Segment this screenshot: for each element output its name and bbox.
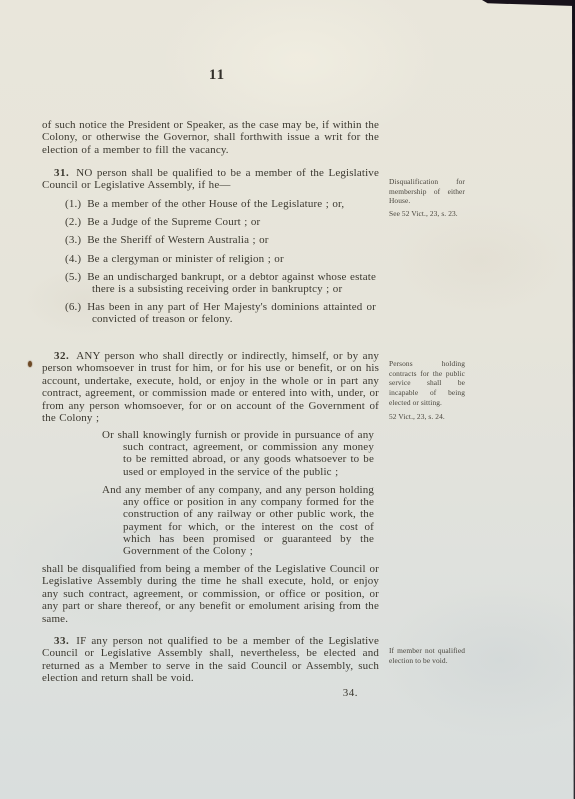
list-item-5: (5.)Be an undischarged bankrupt, or a de… (65, 271, 376, 295)
margin-ref-section-31: See 52 Vict., 23, s. 23. (389, 209, 469, 219)
item-5-text: Be an undischarged bankrupt, or a debtor… (87, 271, 376, 295)
item-5-label: (5.) (65, 271, 87, 283)
list-item-4: (4.)Be a clergyman or minister of religi… (65, 253, 376, 265)
section-32-text: ANY person who shall directly or indirec… (42, 350, 379, 424)
section-33-number: 33. (54, 635, 76, 647)
list-item-6: (6.)Has been in any part of Her Majesty'… (65, 301, 376, 325)
list-item-1: (1.)Be a member of the other House of th… (65, 198, 376, 210)
margin-note-section-31: Disqualification for membership of eithe… (389, 177, 465, 206)
section-31-opening: 31.NO person shall be qualified to be a … (42, 167, 379, 192)
scan-edge-top (482, 0, 575, 6)
section-31-list: (1.)Be a member of the other House of th… (65, 198, 376, 332)
intro-paragraph: of such notice the President or Speaker,… (42, 119, 379, 156)
item-4-text: Be a clergyman or minister of religion ;… (87, 253, 284, 265)
scanned-document-page: 11 of such notice the President or Speak… (0, 0, 575, 799)
list-item-2: (2.)Be a Judge of the Supreme Court ; or (65, 216, 376, 228)
section-33-opening: 33.IF any person not qualified to be a m… (42, 635, 379, 685)
section-31-number: 31. (54, 167, 76, 179)
item-3-text: Be the Sheriff of Western Australia ; or (87, 234, 268, 246)
section-32-opening: 32.ANY person who shall directly or indi… (42, 350, 379, 424)
section-32-subclause-2: And any member of any company, and any p… (102, 484, 374, 557)
margin-note-section-33: If member not qualified election to be v… (389, 646, 465, 665)
item-1-label: (1.) (65, 198, 87, 210)
item-3-label: (3.) (65, 234, 87, 246)
list-item-3: (3.)Be the Sheriff of Western Australia … (65, 234, 376, 246)
section-33-text: IF any person not qualified to be a memb… (42, 635, 379, 684)
item-4-label: (4.) (65, 253, 87, 265)
ink-spot (28, 361, 32, 367)
page-number: 11 (42, 67, 392, 84)
section-32-subclause-1: Or shall knowingly furnish or provide in… (102, 429, 374, 478)
margin-note-section-32: Persons holding contracts for the public… (389, 359, 465, 408)
catchword-next-section: 34. (42, 687, 358, 699)
item-2-label: (2.) (65, 216, 87, 228)
item-2-text: Be a Judge of the Supreme Court ; or (87, 216, 260, 228)
section-31-text: NO person shall be qualified to be a mem… (42, 167, 379, 191)
item-6-label: (6.) (65, 301, 87, 313)
item-1-text: Be a member of the other House of the Le… (87, 198, 344, 210)
item-6-text: Has been in any part of Her Majesty's do… (87, 301, 376, 325)
section-32-number: 32. (54, 350, 76, 362)
margin-ref-section-32: 52 Vict., 23, s. 24. (389, 412, 469, 422)
section-32-closing: shall be disqualified from being a membe… (42, 563, 379, 625)
